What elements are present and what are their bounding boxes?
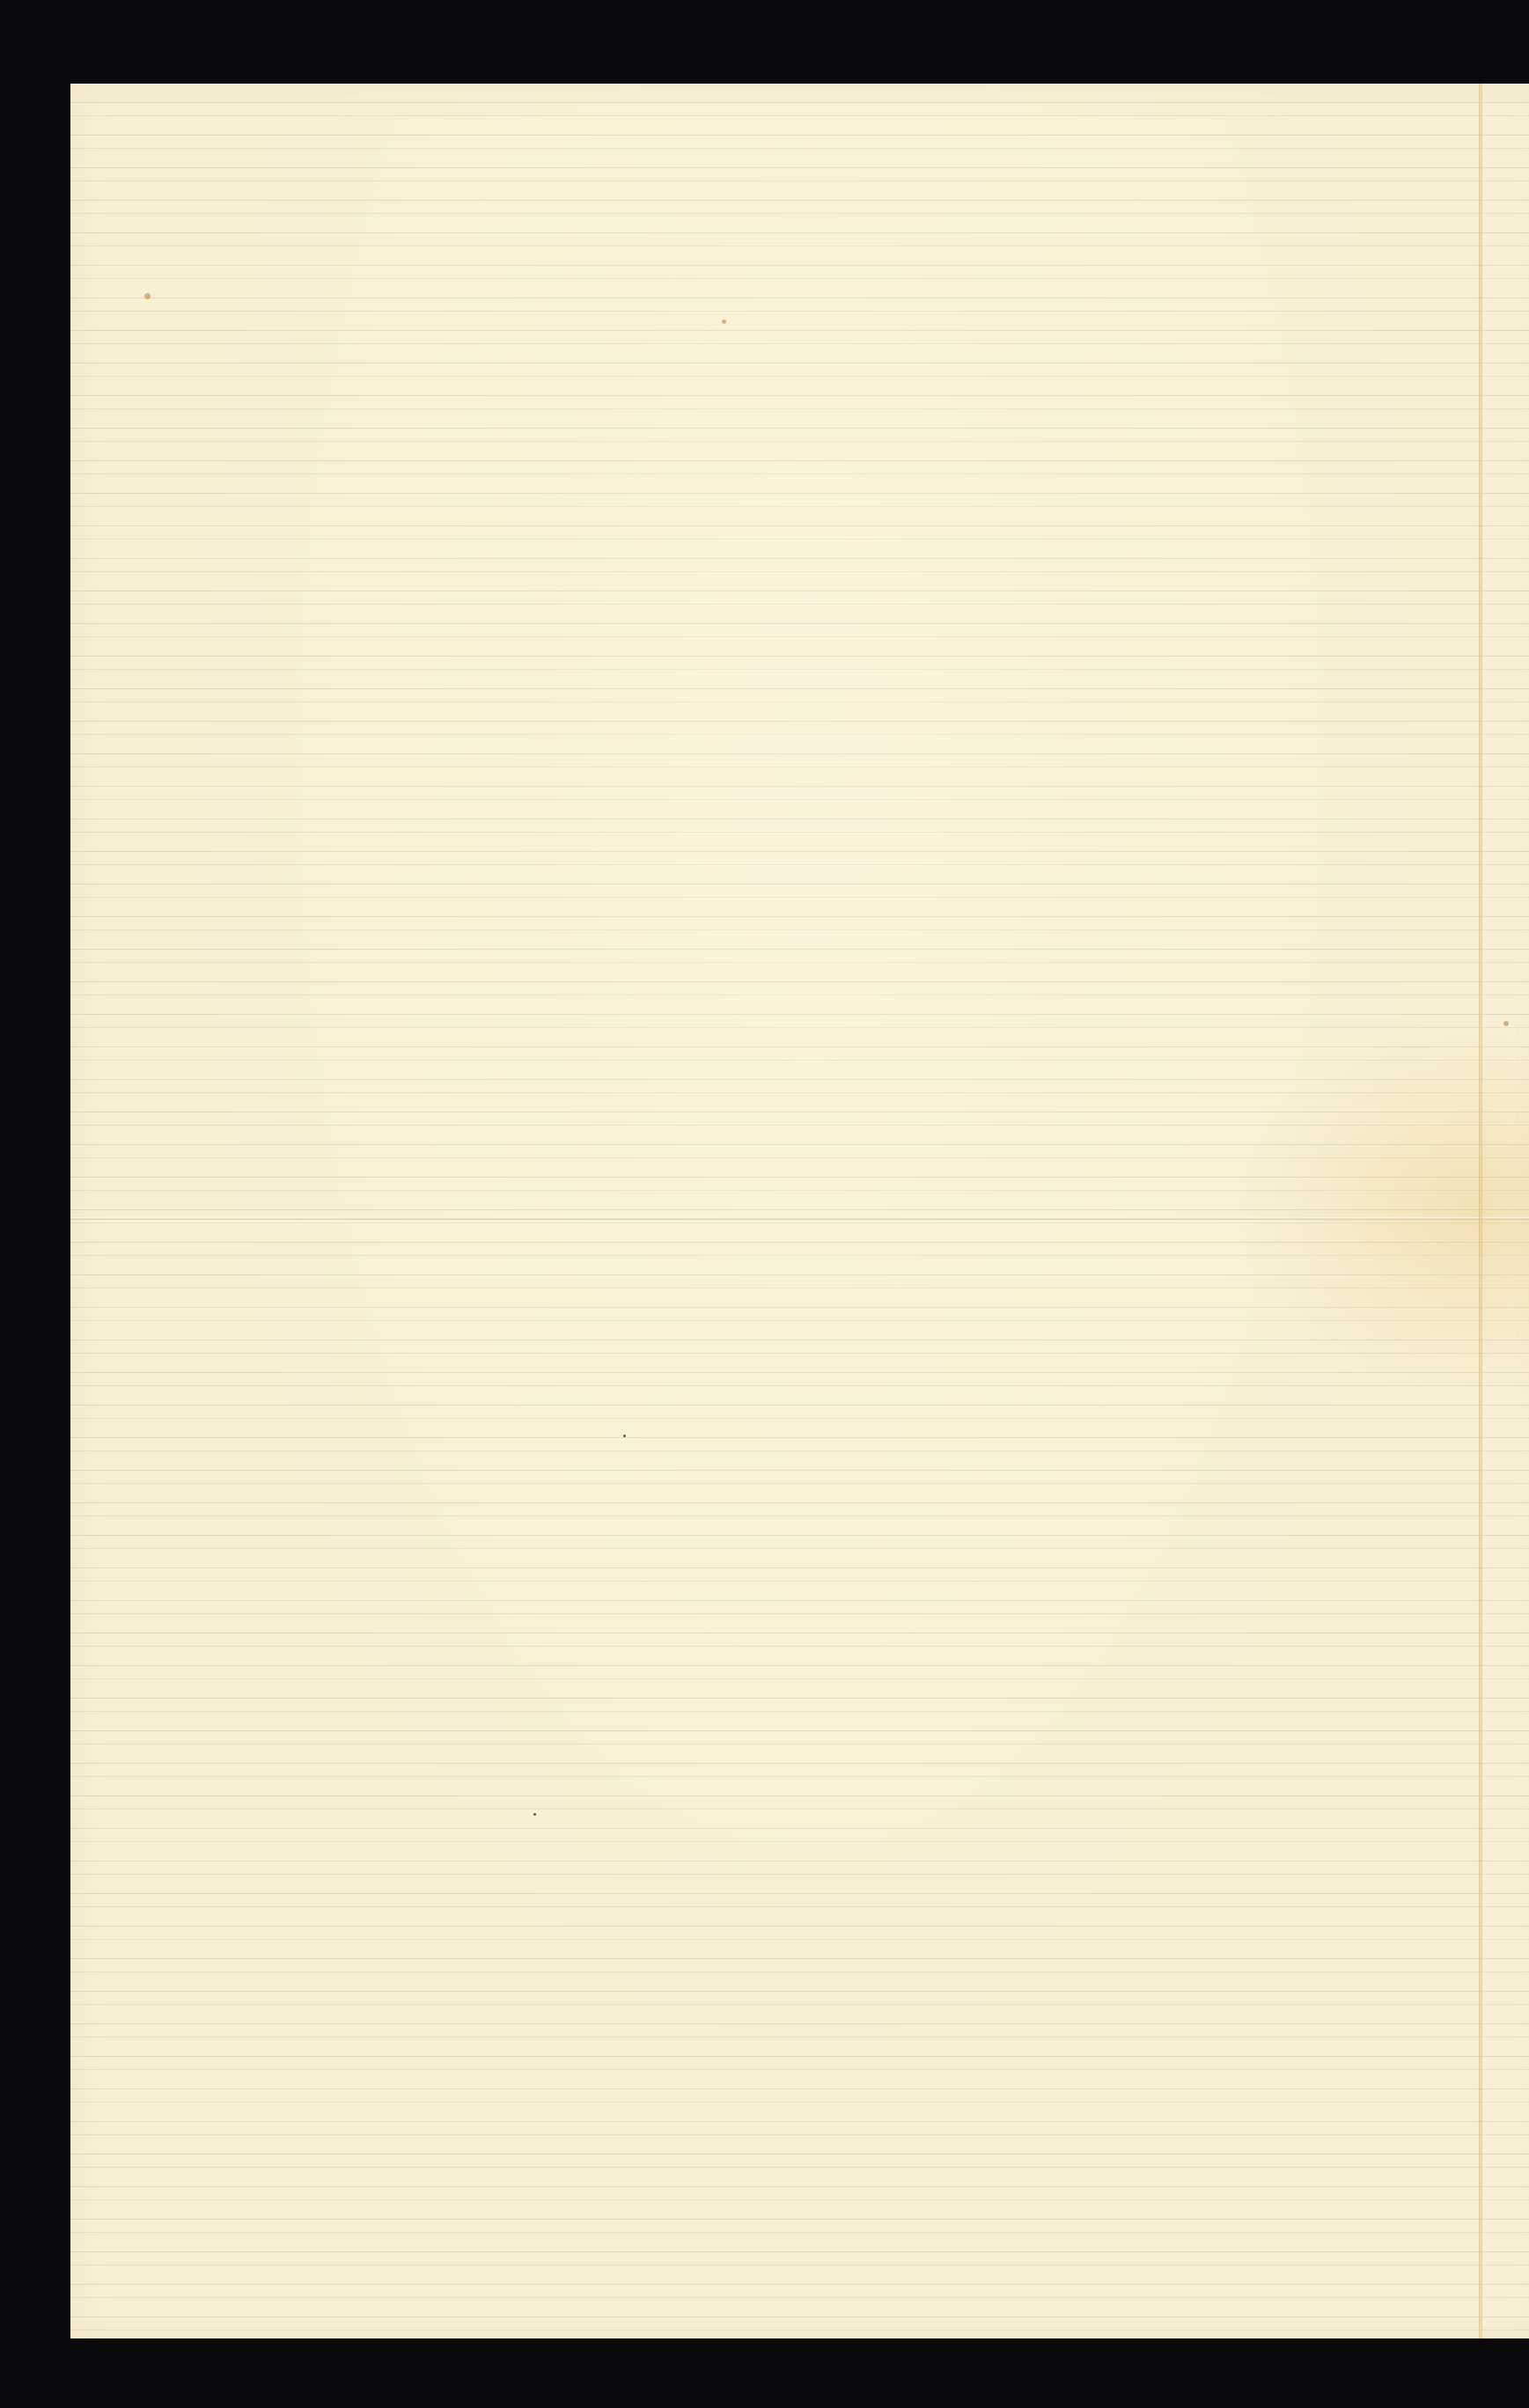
foxing-spot [144, 293, 151, 299]
ruled-paper-sheet [70, 84, 1529, 2338]
horizontal-fold-crease [70, 1217, 1529, 1220]
foxing-spot [722, 319, 726, 324]
ink-speck [533, 1813, 536, 1816]
ink-speck [623, 1435, 626, 1437]
foxing-spot [1503, 1021, 1509, 1026]
vertical-fold-crease [1479, 84, 1482, 2338]
